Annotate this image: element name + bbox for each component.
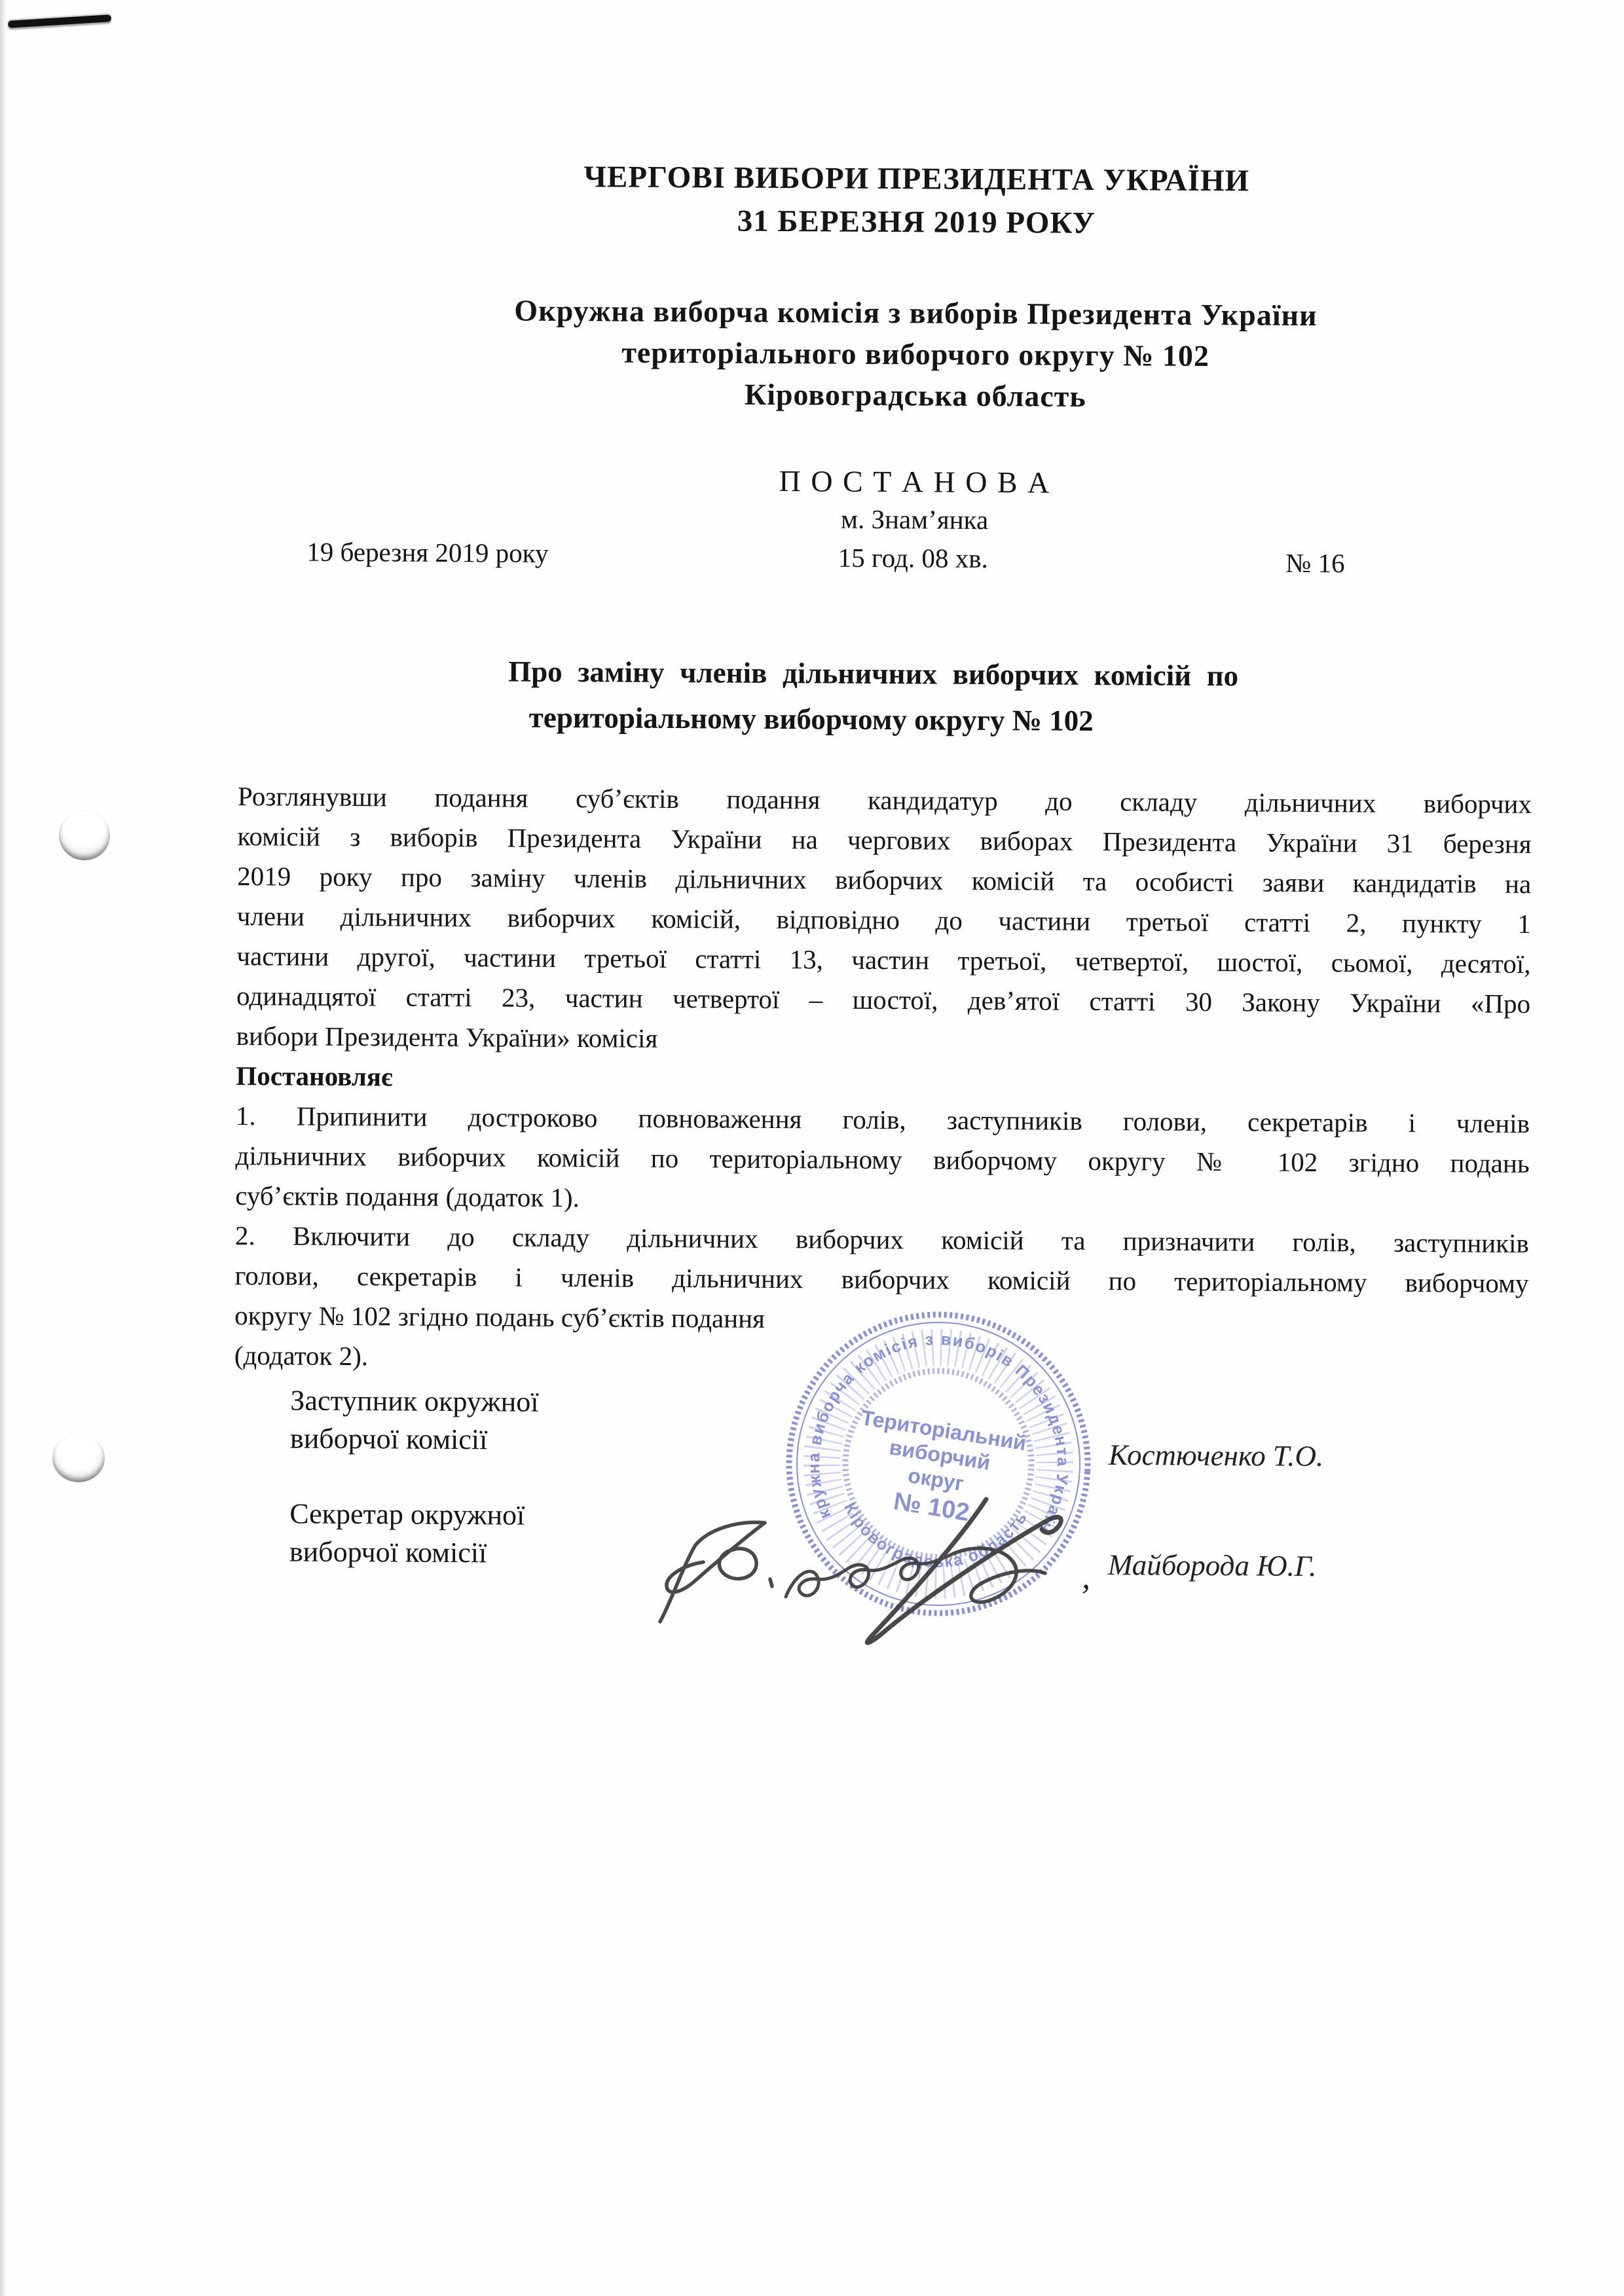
doc-type-label: П О С Т А Н О В А — [268, 460, 1562, 503]
election-header-line1: ЧЕРГОВІ ВИБОРИ ПРЕЗИДЕНТА УКРАЇНИ — [270, 153, 1564, 204]
resolution-number: № 16 — [1285, 543, 1345, 584]
resolution-time: 15 год. 08 хв. — [838, 538, 988, 579]
hole-punch-mark — [52, 1434, 105, 1482]
handwritten-signature — [655, 1481, 1080, 1664]
commission-name: Окружна виборча комісія з виборів Презид… — [268, 288, 1563, 420]
subject-title-line1: Про заміну членів дільничних виборчих ко… — [508, 649, 1238, 699]
commission-line1: Окружна виборча комісія з виборів Презид… — [268, 288, 1562, 337]
election-header-line2: 31 БЕРЕЗНЯ 2019 РОКУ — [269, 196, 1563, 247]
preamble-last-line: вибори Президента України» комісія — [236, 1016, 1530, 1064]
secretary-name: Майборода Ю.Г. — [1108, 1545, 1317, 1586]
scanned-resolution-page: ЧЕРГОВІ ВИБОРИ ПРЕЗИДЕНТА УКРАЇНИ 31 БЕР… — [0, 0, 1624, 2296]
deputy-name: Костюченко Т.О. — [1109, 1435, 1324, 1476]
hole-punch-mark — [59, 811, 110, 860]
resolution-date: 19 березня 2019 року — [306, 532, 549, 574]
commission-line3: Кіровоградська область — [268, 371, 1562, 420]
commission-line2: територіального виборчого округу № 102 — [268, 329, 1562, 378]
subject-title-line2: територіальному виборчому округу № 102 — [508, 695, 1238, 745]
scan-streak-artifact — [8, 14, 111, 28]
scan-left-edge-shadow — [0, 0, 8, 2296]
election-header: ЧЕРГОВІ ВИБОРИ ПРЕЗИДЕНТА УКРАЇНИ 31 БЕР… — [269, 153, 1564, 247]
resolution-meta-row: 19 березня 2019 року 15 год. 08 хв. № 16 — [239, 532, 1533, 577]
handwritten-comma: , — [1082, 1558, 1090, 1597]
subject-title: Про заміну членів дільничних виборчих ко… — [508, 649, 1239, 745]
resolution-body: Розглянувши подання субʼєктів подання ка… — [234, 776, 1532, 1383]
